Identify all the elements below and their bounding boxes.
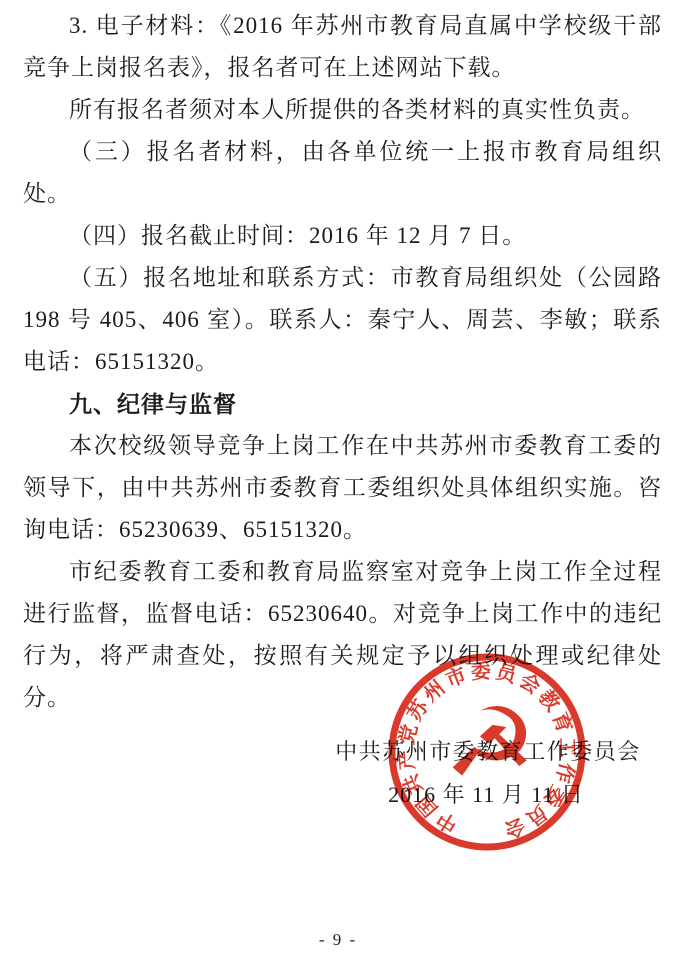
official-seal: 中国共产党苏州市委员会教育工作委员会 ☭ [366,631,608,873]
paragraph-electronic-materials: 3. 电子材料：《2016 年苏州市教育局直属中学校级干部竞争上岗报名表》，报名… [23,5,662,89]
hammer-sickle-icon: ☭ [441,681,542,807]
paragraph-authenticity-responsibility: 所有报名者须对本人所提供的各类材料的真实性负责。 [23,89,662,131]
document-page: 3. 电子材料：《2016 年苏州市教育局直属中学校级干部竞争上岗报名表》，报名… [0,0,700,959]
paragraph-leadership-implementation: 本次校级领导竞争上岗工作在中共苏州市委教育工委的领导下，由中共苏州市委教育工委组… [23,425,662,551]
paragraph-item-four-deadline: （四）报名截止时间：2016 年 12 月 7 日。 [23,215,662,257]
paragraph-item-three: （三）报名者材料，由各单位统一上报市教育局组织处。 [23,131,662,215]
page-number: - 9 - [319,929,357,951]
document-body: 3. 电子材料：《2016 年苏州市教育局直属中学校级干部竞争上岗报名表》，报名… [23,5,662,719]
section-heading-discipline-supervision: 九、纪律与监督 [23,383,662,425]
paragraph-item-five-contact: （五）报名地址和联系方式：市教育局组织处（公园路 198 号 405、406 室… [23,257,662,383]
